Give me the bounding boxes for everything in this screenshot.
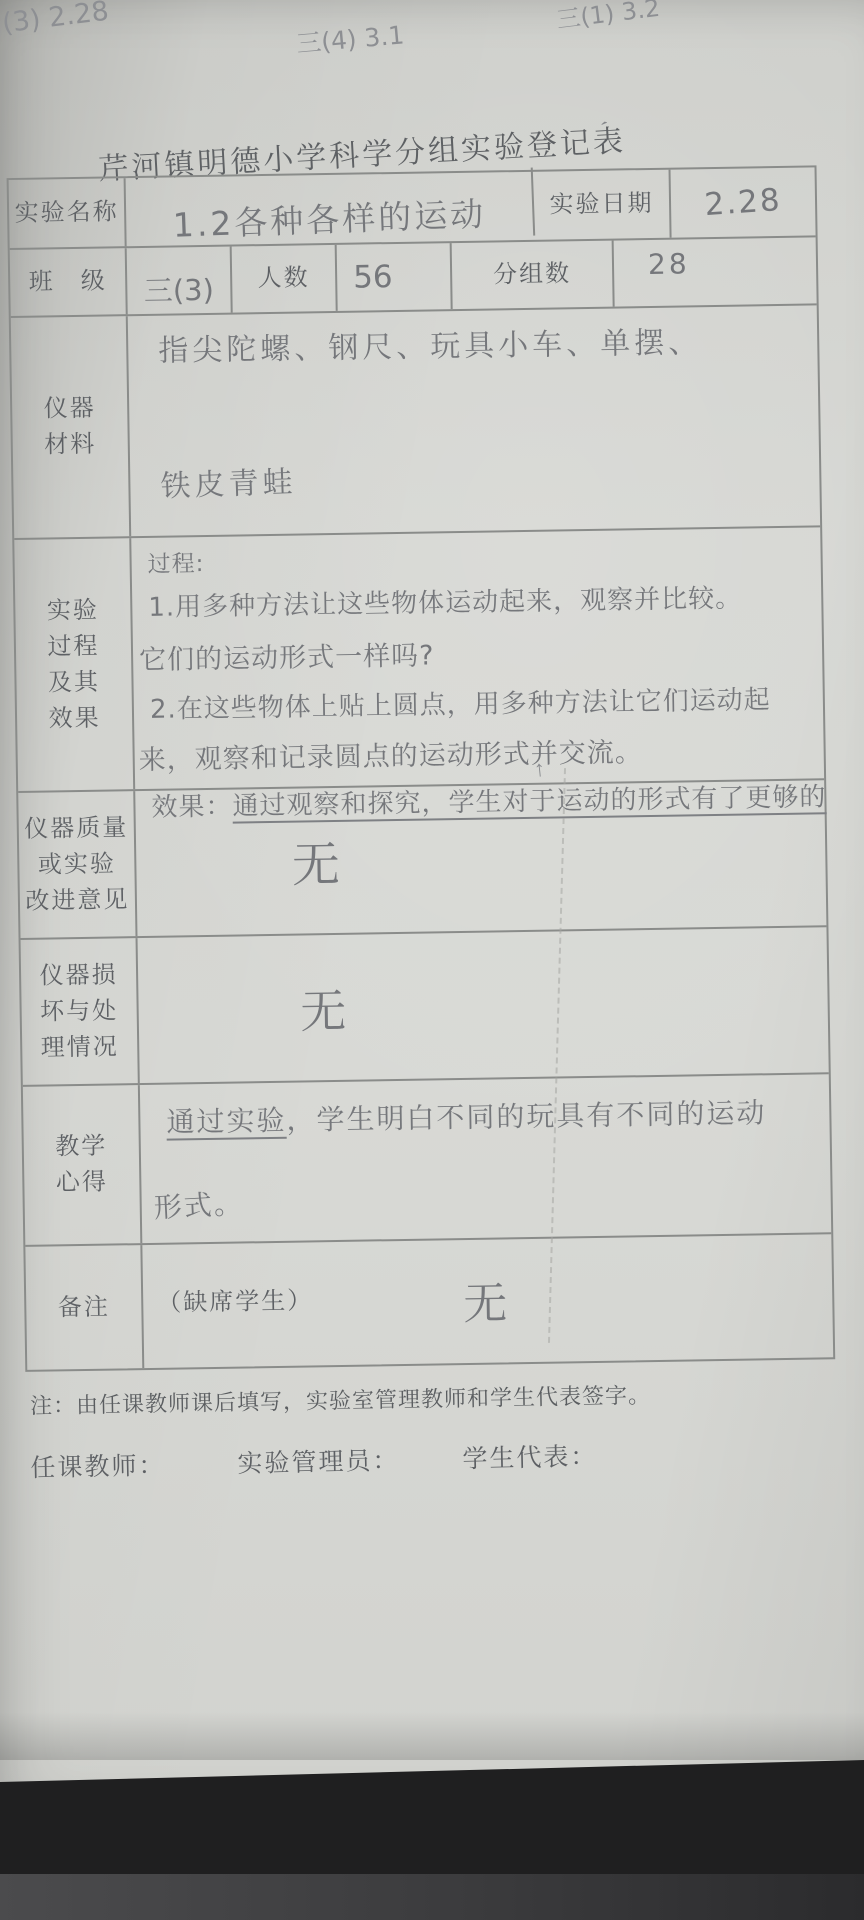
remarks-label: 备注 [25,1245,144,1370]
student-rep-signature-label: 学生代表： [462,1437,598,1476]
process-line3: 2.在这些物体上贴上圆点，用多种方法让它们运动起 [150,678,826,726]
materials-value: 指尖陀螺、钢尺、玩具小车、单摆、 铁皮青蛙 [128,305,820,536]
table-row-experiment-name: 实验名称 1.2各种各样的运动 实验日期 2.28 [9,167,816,250]
process-label-line3: 及其 [48,664,101,701]
paper-edge-shadow [0,1712,864,1760]
process-label-line1: 实验 [47,592,100,629]
materials-label: 仪器 材料 [11,316,131,538]
process-line2: 它们的运动形式一样吗? [139,627,825,677]
remarks-value-cell: （缺席学生） 无 [142,1234,833,1368]
reflection-label-line2: 心得 [56,1165,109,1202]
experiment-date-label: 实验日期 [534,170,672,240]
process-value: 过程: 1.用多种方法让这些物体运动起来，观察并比较。 它们的运动形式一样吗? … [131,527,826,789]
damage-label: 仪器损 坏与处 理情况 [21,938,140,1085]
class-label: 班 级 [10,248,128,316]
damage-label-line1: 仪器损 [39,957,118,994]
reflection-line1-rest: ，学生明白不同的玩具有不同的运动 [286,1096,766,1137]
damage-value: 无 [138,927,829,1083]
table-row-class: 班 级 三(3) 人数 56 分组数 28 [10,237,817,318]
materials-line1: 指尖陀螺、钢尺、玩具小车、单摆、 [158,315,818,369]
lab-manager-signature-label: 实验管理员： [237,1441,400,1480]
table-row-materials: 仪器 材料 指尖陀螺、钢尺、玩具小车、单摆、 铁皮青蛙 [11,305,820,540]
process-label: 实验 过程 及其 效果 [14,538,135,791]
process-line4: 来，观察和记录圆点的运动形式并交流。 [138,727,826,777]
process-line1: 1.用多种方法让这些物体运动起来，观察并比较。 [148,576,824,624]
reflection-label: 教学 心得 [23,1085,142,1245]
experiment-date-value: 2.28 [669,164,817,242]
reflection-value: 通过实验，学生明白不同的玩具有不同的运动 形式。 [140,1074,831,1243]
teacher-signature-label: 任课教师： [30,1446,166,1485]
reflection-line2: 形式。 [153,1182,245,1227]
quality-label-line1: 仪器质量 [24,810,129,848]
process-label-line4: 效果 [48,700,101,737]
process-label-line2: 过程 [47,628,100,665]
table-row-damage: 仪器损 坏与处 理情况 无 [21,927,829,1087]
quality-value: 无 [135,780,826,936]
process-heading: 过程: [147,535,822,579]
table-row-process: 实验 过程 及其 效果 过程: 1.用多种方法让这些物体运动起来，观察并比较。 … [14,527,824,793]
quality-label-line2: 或实验 [38,846,117,883]
group-count-value: 28 [614,237,817,306]
reflection-label-line1: 教学 [55,1129,108,1166]
materials-line2: 铁皮青蛙 [160,440,820,506]
experiment-name-label: 实验名称 [9,178,127,248]
table-row-quality: 仪器质量 或实验 改进意见 无 [18,780,826,940]
remarks-value: 无 [463,1267,508,1332]
damage-label-line3: 理情况 [40,1029,119,1066]
remarks-prefix: （缺席学生） [142,1242,313,1318]
reflection-underlined: 通过实验 [166,1104,287,1139]
materials-label-line2: 材料 [44,427,97,464]
student-count-label: 人数 [232,245,338,313]
student-count-value: 56 [337,243,453,311]
table-row-remarks: 备注 （缺席学生） 无 [25,1234,833,1370]
desk-edge-strip [0,1874,864,1920]
reflection-line1: 通过实验，学生明白不同的玩具有不同的运动 [166,1090,830,1140]
quality-label: 仪器质量 或实验 改进意见 [18,791,137,938]
damage-label-line2: 坏与处 [40,993,119,1030]
quality-label-line3: 改进意见 [25,882,130,920]
materials-label-line1: 仪器 [43,391,96,428]
group-count-label: 分组数 [452,241,615,310]
class-value: 三(3) [127,247,233,315]
photographed-form: (3) 2.28 三(4) 3.1 三(1) 3.2 芹河镇明德小学科学分组实验… [0,0,864,1920]
experiment-name-value: 1.2各种各样的运动 [125,168,535,251]
table-row-reflection: 教学 心得 通过实验，学生明白不同的玩具有不同的运动 形式。 [23,1074,831,1247]
registration-table: 实验名称 1.2各种各样的运动 实验日期 2.28 班 级 三(3) 人数 56… [7,165,836,1372]
